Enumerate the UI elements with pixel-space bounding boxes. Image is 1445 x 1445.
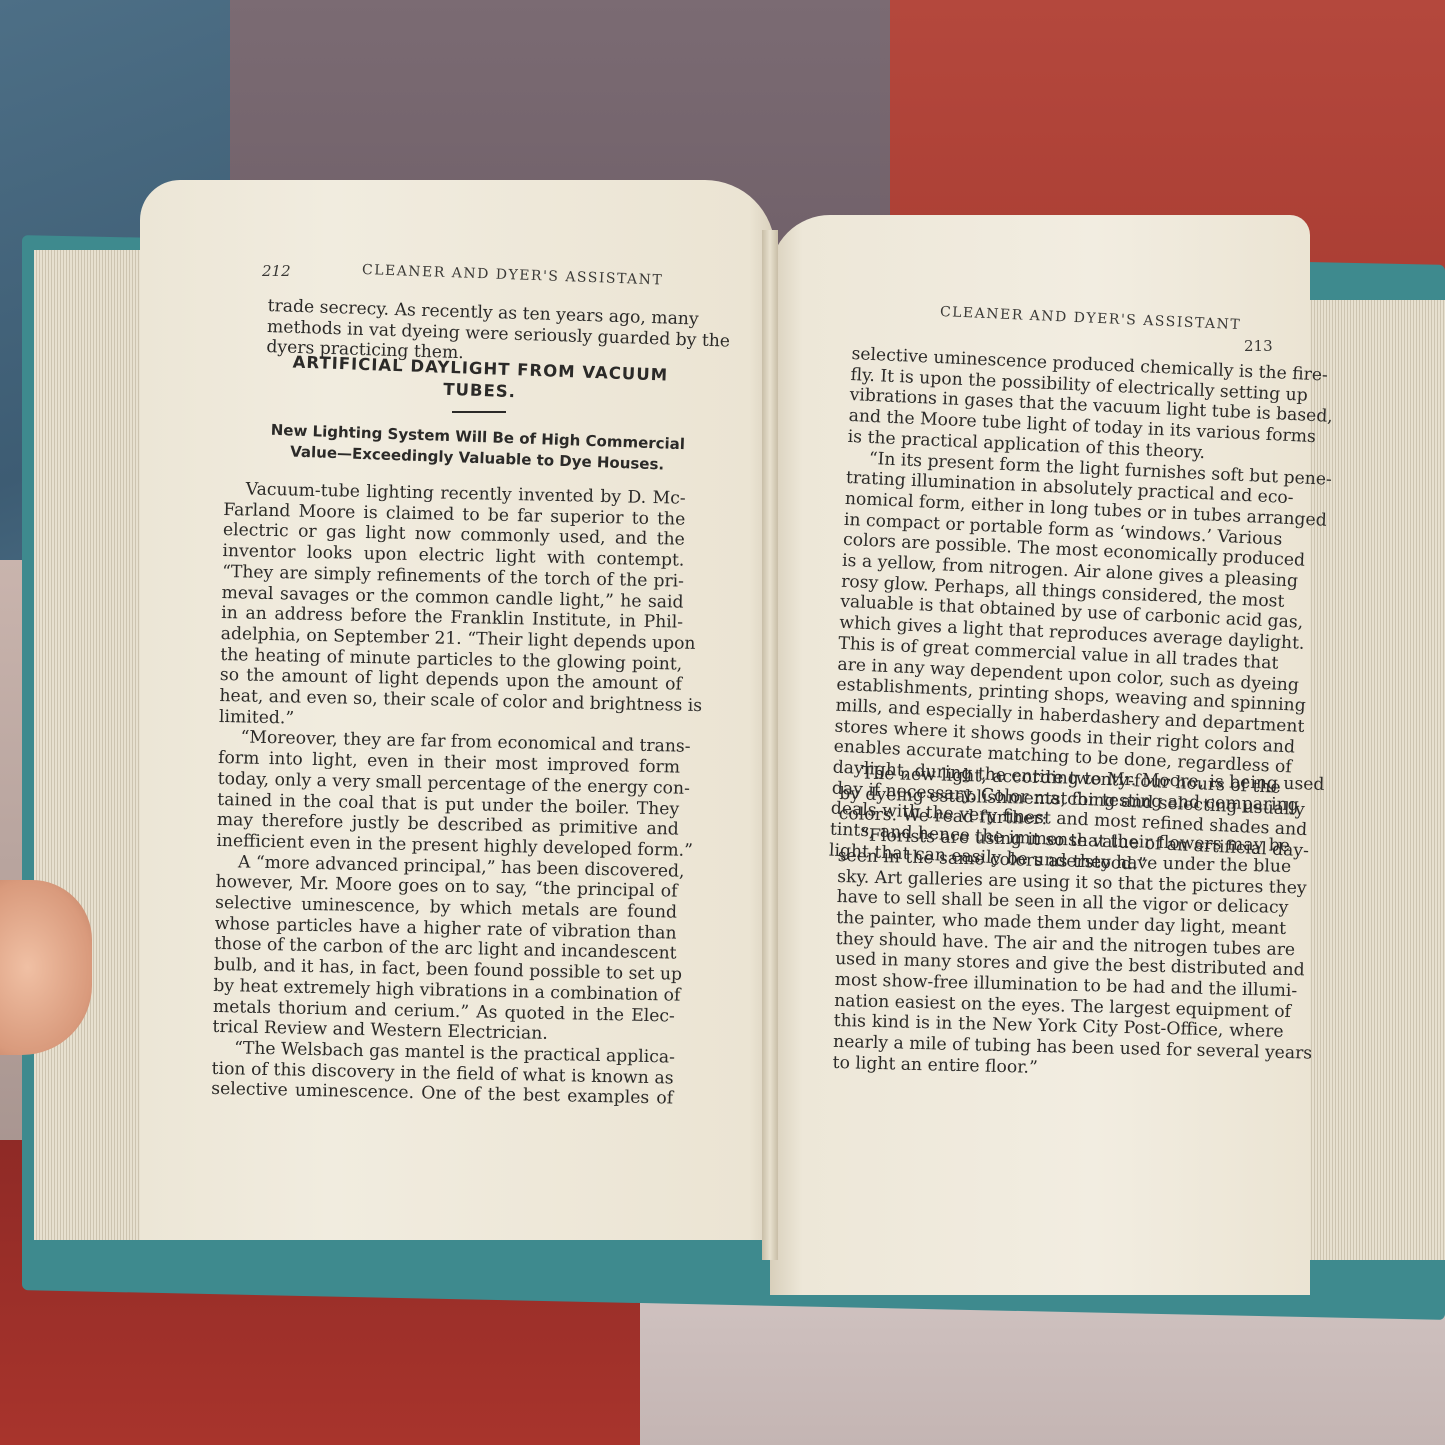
title-divider: [452, 411, 506, 413]
right-body-text-lower: The new light, according to Mr. Moore, i…: [832, 763, 1289, 1084]
book-gutter: [762, 230, 778, 1260]
page-number-right: 213: [1244, 337, 1273, 355]
page-number-left: 212: [262, 262, 291, 280]
left-body-text: Vacuum-tube lighting recently invented b…: [211, 479, 686, 1110]
